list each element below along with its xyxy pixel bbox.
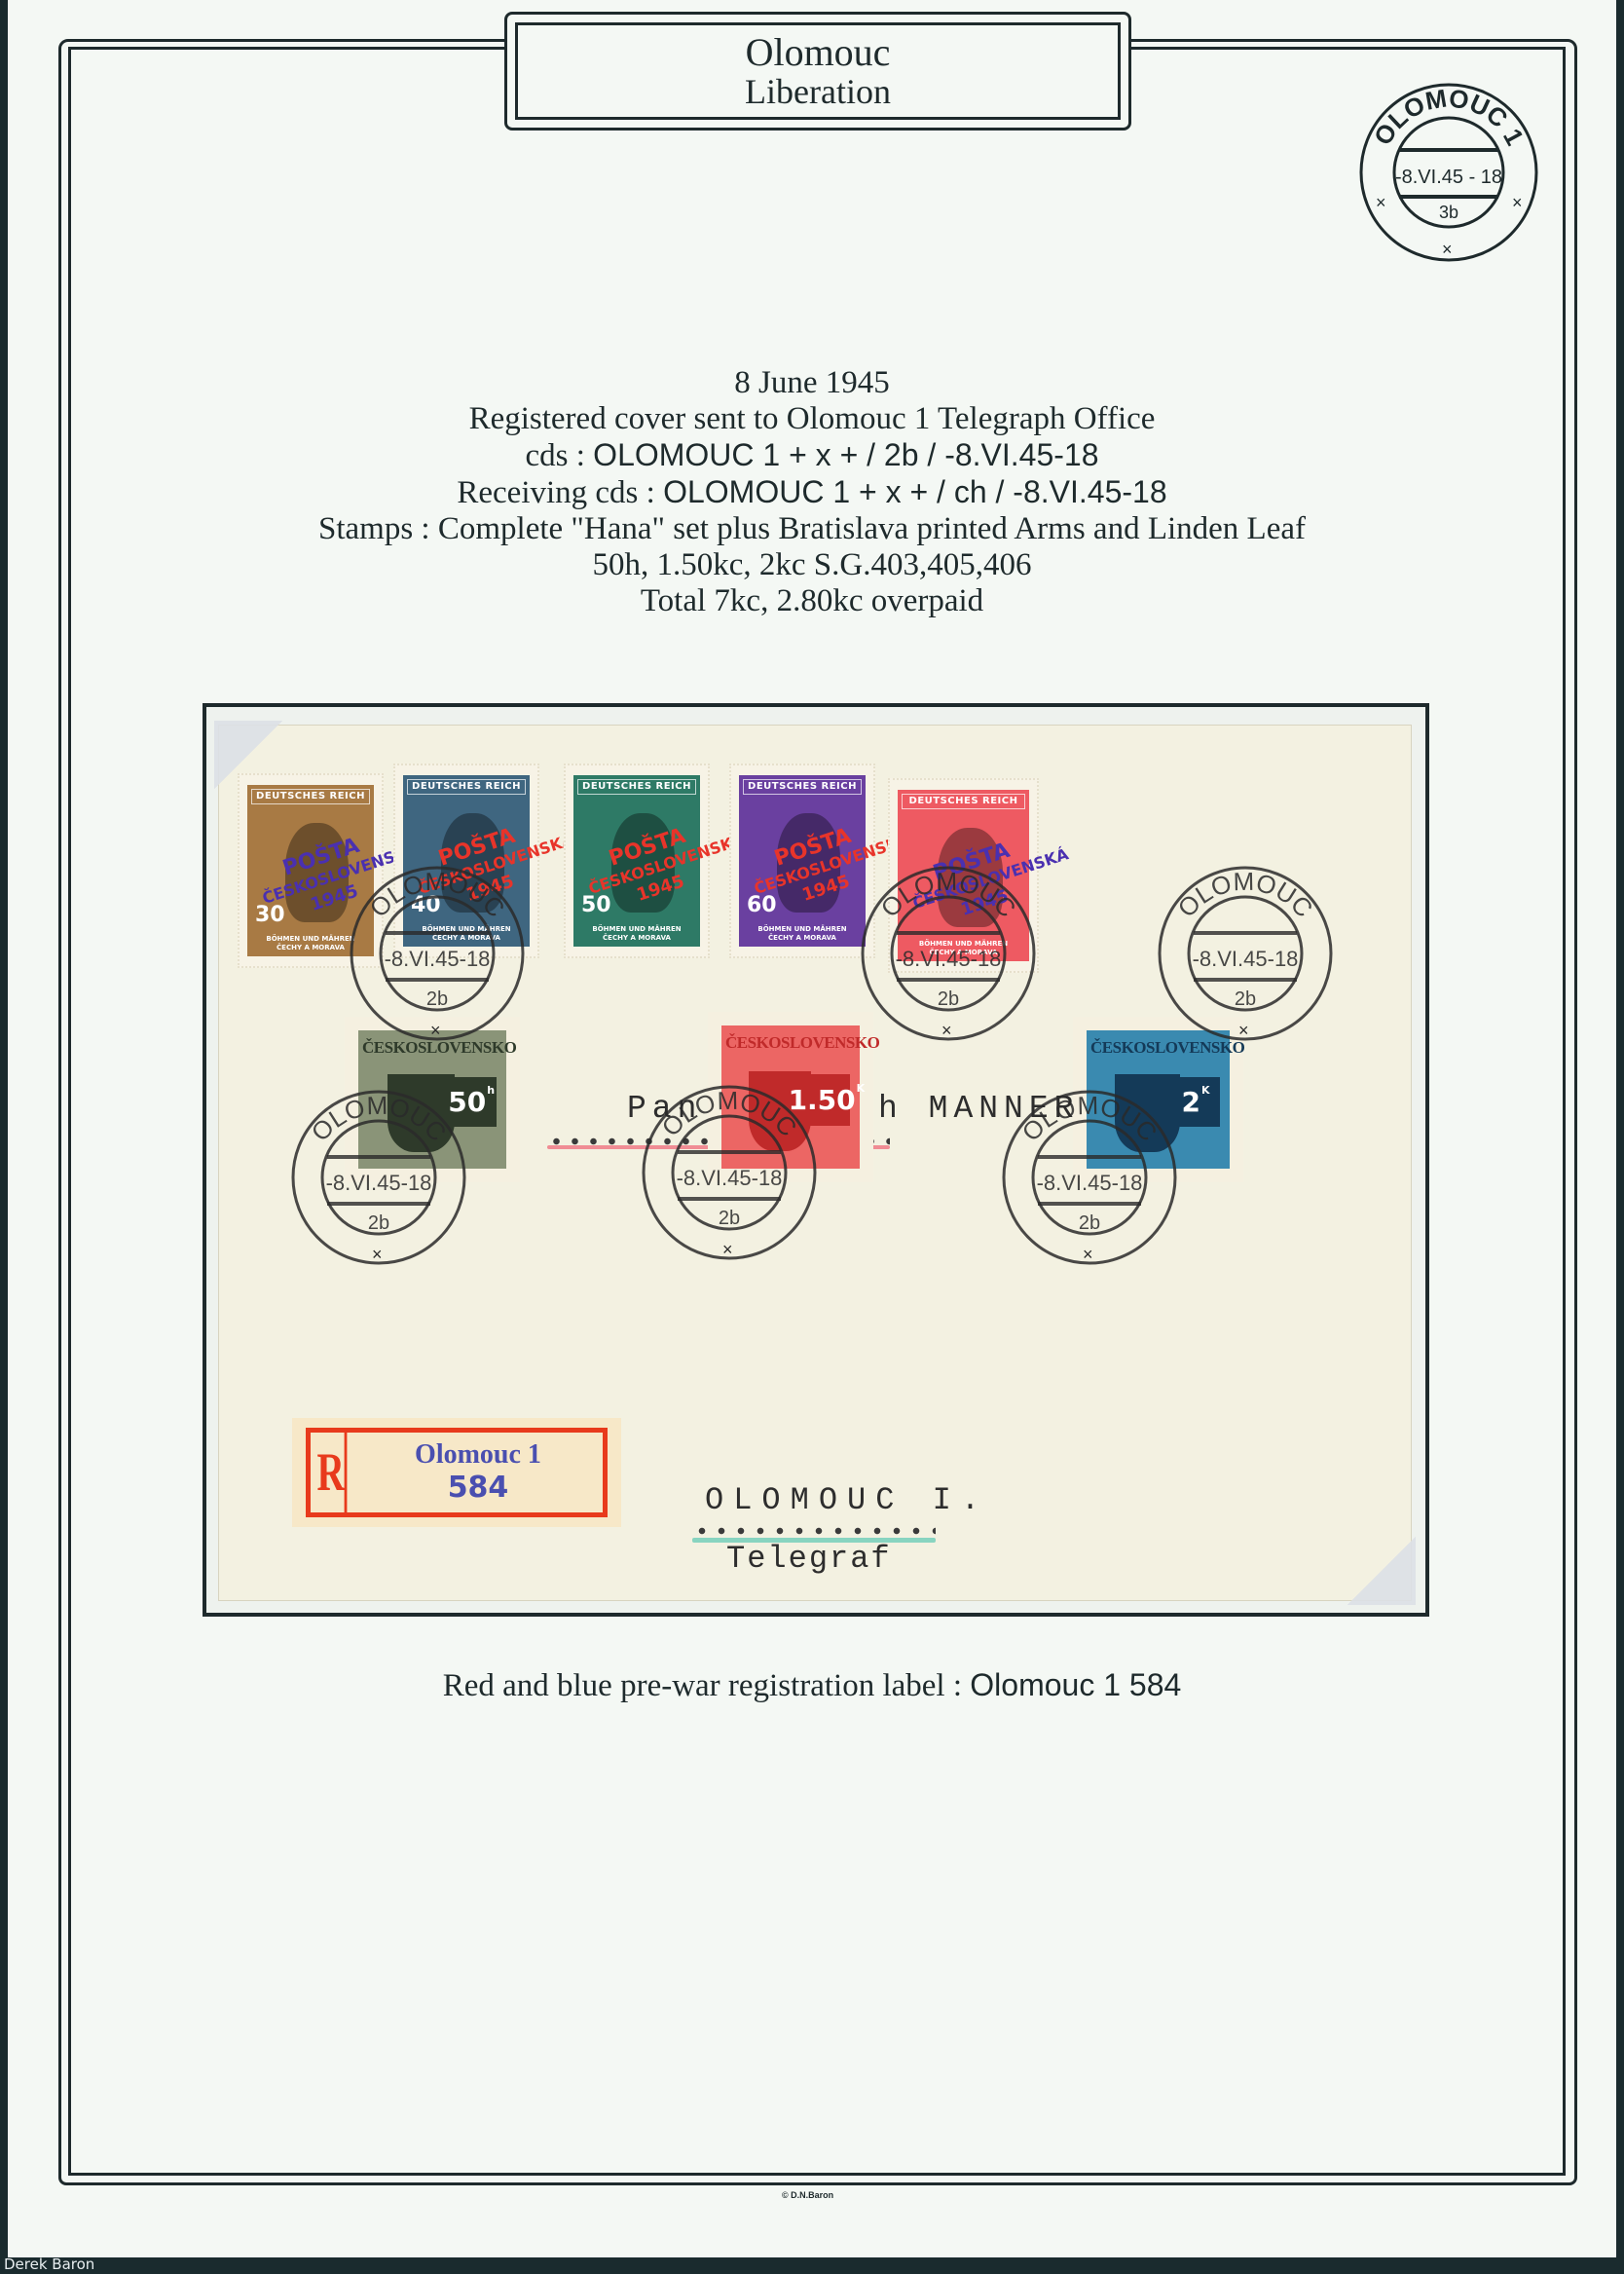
lion-shield-icon (388, 1074, 454, 1152)
desc-total: Total 7kc, 2.80kc overpaid (8, 583, 1616, 619)
stamp-value: 50h (446, 1077, 497, 1127)
svg-text:×: × (941, 1021, 952, 1040)
stamp-arms-linden: ČESKOSLOVENSKO 50h (345, 1017, 520, 1182)
stamp-header: DEUTSCHES REICH (577, 779, 696, 795)
city-dots (692, 1527, 936, 1535)
registration-number: 584 (448, 1471, 509, 1506)
svg-text:2b: 2b (719, 1208, 740, 1229)
copyright: © D.N.Baron (782, 2190, 833, 2200)
svg-text:×: × (1083, 1245, 1093, 1264)
svg-text:×: × (1512, 193, 1523, 212)
svg-text:-8.VI.45-18: -8.VI.45-18 (1193, 947, 1299, 971)
svg-text:×: × (1376, 193, 1386, 212)
cover-mount: Pan Bedřich MANNER OLOMOUC I. Telegraf R… (203, 703, 1429, 1617)
desc-receiving-cds: Receiving cds : OLOMOUC 1 + x + / ch / -… (8, 474, 1616, 511)
album-page: Olomouc Liberation OLOMOUC 1 -8.VI.45 - … (8, 0, 1616, 2257)
stamp-header: DEUTSCHES REICH (407, 779, 526, 795)
stamp-arms-linden: ČESKOSLOVENSKO 1.50K (708, 1012, 873, 1182)
svg-text:OLOMOUC: OLOMOUC (1172, 867, 1319, 923)
stamp-hana-overprint: DEUTSCHES REICH 50 BÖHMEN UND MÄHRENČECH… (564, 764, 710, 958)
svg-text:-8.VI.45 - 18: -8.VI.45 - 18 (1395, 167, 1502, 188)
desc-cds: cds : OLOMOUC 1 + x + / 2b / -8.VI.45-18 (8, 437, 1616, 474)
desc-route: Registered cover sent to Olomouc 1 Teleg… (8, 401, 1616, 437)
svg-text:×: × (1442, 240, 1453, 259)
label-caption: Red and blue pre-war registration label … (8, 1667, 1616, 1704)
desc-date: 8 June 1945 (8, 365, 1616, 401)
address-city: OLOMOUC I. (705, 1482, 989, 1518)
lion-shield-icon (1115, 1074, 1179, 1152)
stamp-country: ČESKOSLOVENSKO (1090, 1038, 1226, 1058)
stamp-country: ČESKOSLOVENSKO (725, 1033, 856, 1053)
stamp-header: DEUTSCHES REICH (743, 779, 862, 795)
stamp-hana-overprint: DEUTSCHES REICH BÖHMEN UND MÄHRENČECHY A… (888, 778, 1039, 973)
stamp-header: DEUTSCHES REICH (251, 789, 370, 804)
page-subtitle: Liberation (745, 73, 891, 110)
svg-text:2b: 2b (938, 988, 959, 1010)
stamp-footer: BÖHMEN UND MÄHRENČECHY A MORAVA (251, 935, 370, 952)
svg-text:2b: 2b (1235, 988, 1256, 1010)
page-title: Olomouc (746, 32, 891, 73)
registration-office: Olomouc 1 (415, 1439, 541, 1471)
stamp-value: 2K (1171, 1077, 1220, 1127)
watermark: Derek Baron (4, 2255, 94, 2273)
svg-text:×: × (372, 1245, 383, 1264)
stamp-hana-overprint: DEUTSCHES REICH 30 BÖHMEN UND MÄHRENČECH… (238, 773, 384, 968)
stamp-country: ČESKOSLOVENSKO (362, 1038, 502, 1058)
stamp-footer: BÖHMEN UND MÄHRENČECHY A MORAVA (902, 940, 1025, 957)
registration-letter: R (317, 1433, 348, 1512)
postmark-illustration-icon: OLOMOUC 1 -8.VI.45 - 18 3b × × × (1356, 80, 1541, 265)
desc-sg-numbers: 50h, 1.50kc, 2kc S.G.403,405,406 (8, 547, 1616, 583)
stamp-arms-linden: ČESKOSLOVENSKO 2K (1073, 1017, 1243, 1182)
svg-text:2b: 2b (368, 1212, 389, 1234)
cover-description: 8 June 1945 Registered cover sent to Olo… (8, 365, 1616, 619)
desc-stamps: Stamps : Complete "Hana" set plus Bratis… (8, 511, 1616, 547)
stamp-footer: BÖHMEN UND MÄHRENČECHY A MORAVA (743, 925, 862, 943)
photo-corner (1347, 1537, 1416, 1605)
stamp-footer: BÖHMEN UND MÄHRENČECHY A MORAVA (577, 925, 696, 943)
stamp-value: 1.50K (803, 1074, 850, 1126)
svg-text:2b: 2b (1079, 1212, 1100, 1234)
stamp-footer: BÖHMEN UND MÄHRENČECHY A MORAVA (407, 925, 526, 943)
stamp-hana-overprint: DEUTSCHES REICH 40 BÖHMEN UND MÄHRENČECH… (393, 764, 539, 958)
registration-label: R Olomouc 1 584 (292, 1418, 621, 1527)
svg-text:2b: 2b (426, 988, 448, 1010)
registered-cover: Pan Bedřich MANNER OLOMOUC I. Telegraf R… (218, 725, 1412, 1601)
stamp-header: DEUTSCHES REICH (902, 794, 1025, 809)
stamp-hana-overprint: DEUTSCHES REICH 60 BÖHMEN UND MÄHRENČECH… (729, 764, 875, 958)
address-department: Telegraf (726, 1541, 892, 1577)
svg-text:×: × (722, 1240, 733, 1259)
svg-text:3b: 3b (1439, 203, 1458, 222)
title-box: Olomouc Liberation (504, 12, 1131, 130)
